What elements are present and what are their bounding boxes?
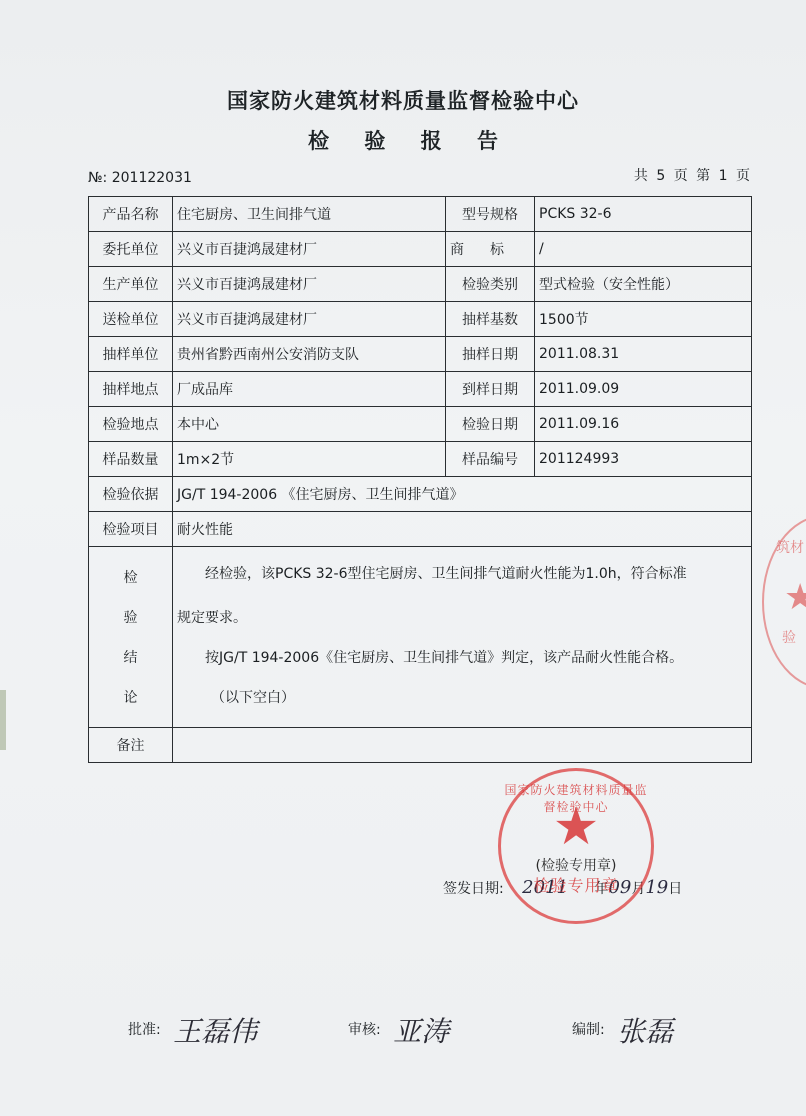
conclusion-label-char: 结	[93, 647, 168, 667]
table-row-basis: 检验依据 JG/T 194-2006 《住宅厨房、卫生间排气道》	[89, 477, 752, 512]
star-icon: ★	[501, 801, 651, 853]
report-number-label: №:	[88, 170, 107, 186]
field-value: 本中心	[173, 407, 446, 442]
table-row: 抽样地点厂成品库到样日期2011.09.09	[89, 372, 752, 407]
table-row-remarks: 备注	[89, 728, 752, 763]
conclusion-label: 检 验 结 论	[89, 547, 173, 728]
conclusion-label-char: 论	[93, 687, 168, 707]
scan-edge	[0, 690, 6, 750]
field-value: 兴义市百捷鸿晟建材厂	[173, 232, 446, 267]
issue-date-label: 签发日期:	[443, 881, 504, 897]
organization-title: 国家防火建筑材料质量监督检验中心	[0, 85, 806, 115]
table-row: 产品名称住宅厨房、卫生间排气道型号规格PCKS 32-6	[89, 197, 752, 232]
field-label: 送检单位	[89, 302, 173, 337]
page-info: 共 5 页 第 1 页	[634, 165, 752, 185]
item-label: 检验项目	[89, 512, 173, 547]
prepare-label: 编制:	[572, 1022, 605, 1038]
conclusion-blank-note: （以下空白）	[211, 687, 295, 707]
field-label: 生产单位	[89, 267, 173, 302]
conclusion-para1: 经检验，该PCKS 32-6型住宅厨房、卫生间排气道耐火性能为1.0h，符合标准	[205, 563, 687, 583]
table-row: 委托单位兴义市百捷鸿晟建材厂商标/	[89, 232, 752, 267]
field-label-2: 检验日期	[446, 407, 535, 442]
approve-signature: 王磊伟	[173, 1010, 257, 1050]
approve-label: 批准:	[128, 1022, 161, 1038]
report-page: 国家防火建筑材料质量监督检验中心 检 验 报 告 №: 201122031 共 …	[0, 0, 806, 1116]
seal-main-text: 检验专用章	[501, 873, 651, 896]
field-value-2: 201124993	[535, 442, 752, 477]
table-row: 送检单位兴义市百捷鸿晟建材厂抽样基数1500节	[89, 302, 752, 337]
remarks-value	[173, 728, 752, 763]
field-label-2: 商标	[446, 232, 535, 267]
field-label-2: 型号规格	[446, 197, 535, 232]
star-icon: ★	[784, 577, 806, 618]
table-row-conclusion: 检 验 结 论 经检验，该PCKS 32-6型住宅厨房、卫生间排气道耐火性能为1…	[89, 547, 752, 728]
side-seal-text: 验	[782, 627, 796, 647]
table-row-item: 检验项目 耐火性能	[89, 512, 752, 547]
field-label-2: 抽样日期	[446, 337, 535, 372]
field-value: 兴义市百捷鸿晟建材厂	[173, 302, 446, 337]
field-label-2: 检验类别	[446, 267, 535, 302]
field-value-2: 型式检验（安全性能）	[535, 267, 752, 302]
field-label-2: 到样日期	[446, 372, 535, 407]
conclusion-body: 经检验，该PCKS 32-6型住宅厨房、卫生间排气道耐火性能为1.0h，符合标准…	[173, 547, 752, 728]
field-label: 委托单位	[89, 232, 173, 267]
review-label: 审核:	[348, 1022, 381, 1038]
report-table: 产品名称住宅厨房、卫生间排气道型号规格PCKS 32-6委托单位兴义市百捷鸿晟建…	[88, 196, 752, 763]
field-value-2: 2011.09.09	[535, 372, 752, 407]
field-label: 抽样地点	[89, 372, 173, 407]
field-value: 1m×2节	[173, 442, 446, 477]
table-row: 样品数量1m×2节样品编号201124993	[89, 442, 752, 477]
review-signature: 亚涛	[393, 1010, 449, 1050]
table-row: 检验地点本中心检验日期2011.09.16	[89, 407, 752, 442]
side-seal-partial: 筑材 ★ 验	[762, 515, 806, 689]
field-value-2: /	[535, 232, 752, 267]
report-number: №: 201122031	[88, 170, 192, 186]
field-value: 贵州省黔西南州公安消防支队	[173, 337, 446, 372]
prepare-signature: 张磊	[617, 1010, 673, 1050]
remarks-label: 备注	[89, 728, 173, 763]
issue-day-suffix: 日	[668, 881, 682, 897]
field-label-2: 样品编号	[446, 442, 535, 477]
signature-approve: 批准: 王磊伟	[128, 1010, 257, 1050]
field-value-2: 2011.09.16	[535, 407, 752, 442]
field-value: 住宅厨房、卫生间排气道	[173, 197, 446, 232]
field-label: 产品名称	[89, 197, 173, 232]
field-label-2: 抽样基数	[446, 302, 535, 337]
basis-value: JG/T 194-2006 《住宅厨房、卫生间排气道》	[173, 477, 752, 512]
signature-review: 审核: 亚涛	[348, 1010, 449, 1050]
field-value: 兴义市百捷鸿晟建材厂	[173, 267, 446, 302]
side-seal-text: 筑材	[776, 537, 804, 557]
basis-label: 检验依据	[89, 477, 173, 512]
table-row: 生产单位兴义市百捷鸿晟建材厂检验类别型式检验（安全性能）	[89, 267, 752, 302]
report-number-value: 201122031	[112, 170, 192, 186]
field-value-2: PCKS 32-6	[535, 197, 752, 232]
field-label: 检验地点	[89, 407, 173, 442]
report-title: 检 验 报 告	[0, 125, 806, 155]
table-row: 抽样单位贵州省黔西南州公安消防支队抽样日期2011.08.31	[89, 337, 752, 372]
official-seal: 国家防火建筑材料质量监督检验中心 ★ (检验专用章) 检验专用章	[498, 768, 654, 924]
field-value-2: 2011.08.31	[535, 337, 752, 372]
conclusion-para2: 按JG/T 194-2006《住宅厨房、卫生间排气道》判定，该产品耐火性能合格。	[205, 647, 683, 667]
field-value-2: 1500节	[535, 302, 752, 337]
seal-subtext: (检验专用章)	[501, 855, 651, 875]
conclusion-label-char: 检	[93, 567, 168, 587]
item-value: 耐火性能	[173, 512, 752, 547]
conclusion-label-char: 验	[93, 607, 168, 627]
field-label: 抽样单位	[89, 337, 173, 372]
field-label: 样品数量	[89, 442, 173, 477]
signature-prepare: 编制: 张磊	[572, 1010, 673, 1050]
field-value: 厂成品库	[173, 372, 446, 407]
conclusion-para1-cont: 规定要求。	[177, 607, 247, 627]
